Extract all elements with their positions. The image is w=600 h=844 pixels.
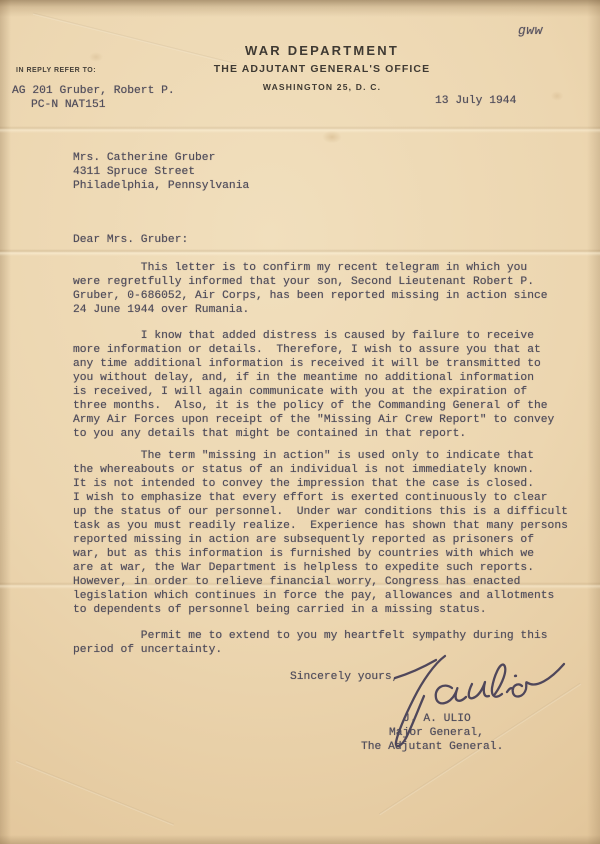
body-paragraph-2: I know that added distress is caused by … [73, 329, 554, 441]
refer-code-line2: PC-N NAT151 [31, 98, 106, 112]
body-paragraph-1: This letter is to confirm my recent tele… [73, 261, 548, 317]
salutation: Dear Mrs. Gruber: [73, 233, 188, 247]
refer-label: IN REPLY REFER TO: [16, 67, 96, 74]
body-paragraph-4: Permit me to extend to you my heartfelt … [73, 629, 548, 657]
signer-title: The Adjutant General. [361, 740, 503, 754]
letterhead-office: THE ADJUTANT GENERAL'S OFFICE [214, 63, 430, 75]
letterhead-city: WASHINGTON 25, D. C. [263, 82, 381, 92]
letterhead-department: WAR DEPARTMENT [245, 43, 399, 58]
signer-rank: Major General, [389, 726, 484, 740]
signer-typed-name: J. A. ULIO [403, 712, 471, 726]
paper-crease [16, 760, 174, 826]
body-paragraph-3: The term "missing in action" is used onl… [73, 449, 568, 617]
recipient-city: Philadelphia, Pennsylvania [73, 179, 249, 193]
recipient-street: 4311 Spruce Street [73, 165, 195, 179]
refer-code-line1: AG 201 Gruber, Robert P. [12, 84, 175, 98]
letter-date: 13 July 1944 [435, 94, 516, 108]
recipient-name: Mrs. Catherine Gruber [73, 151, 215, 165]
paper-crease [33, 13, 237, 66]
letter-page: gww IN REPLY REFER TO: AG 201 Gruber, Ro… [0, 0, 600, 844]
top-right-initials: gww [518, 24, 543, 38]
valediction: Sincerely yours, [290, 670, 398, 684]
